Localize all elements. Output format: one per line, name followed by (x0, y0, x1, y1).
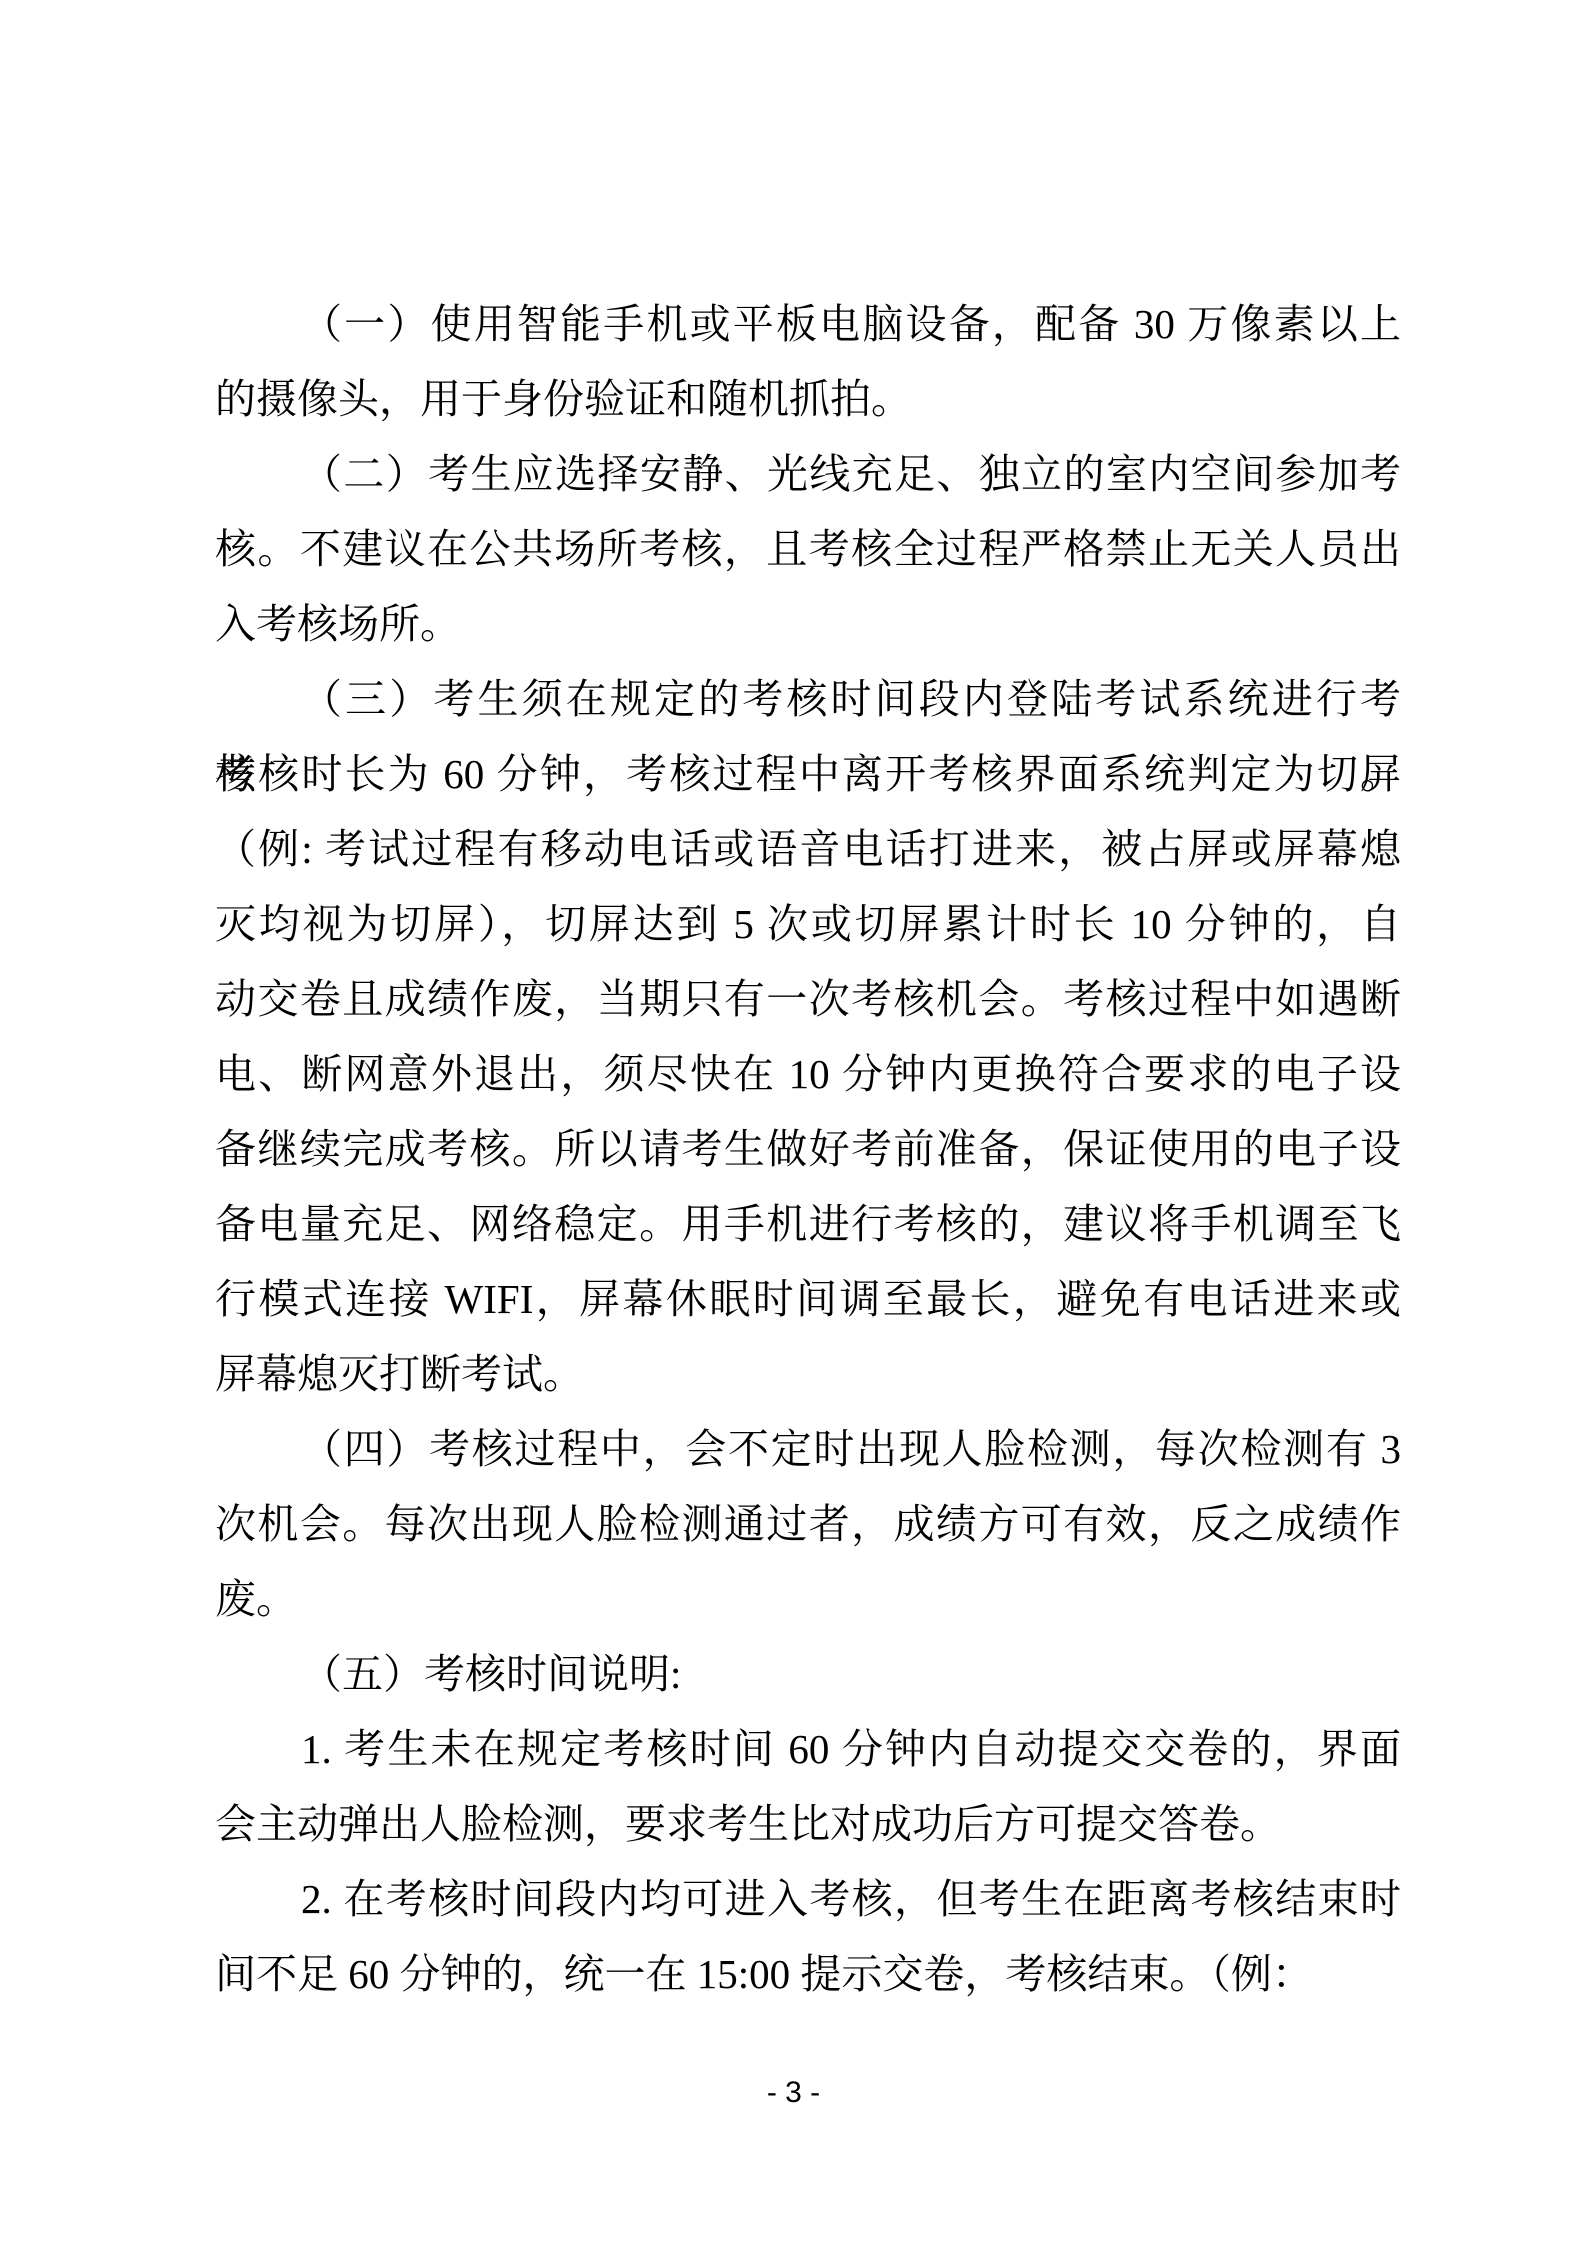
text-line: 的摄像头，用于身份验证和随机抓拍。 (215, 362, 1401, 437)
text-line: 行模式连接 WIFI，屏幕休眠时间调至最长，避免有电话进来或 (215, 1262, 1401, 1337)
text-line: （三）考生须在规定的考核时间段内登陆考试系统进行考核。 (215, 662, 1401, 737)
text-line: 核。不建议在公共场所考核，且考核全过程严格禁止无关人员出 (215, 512, 1401, 587)
text-line: 备电量充足、网络稳定。用手机进行考核的，建议将手机调至飞 (215, 1187, 1401, 1262)
text-line: 电、断网意外退出，须尽快在 10 分钟内更换符合要求的电子设 (215, 1037, 1401, 1112)
text-line: 屏幕熄灭打断考试。 (215, 1337, 1401, 1412)
text-line: 灭均视为切屏），切屏达到 5 次或切屏累计时长 10 分钟的，自 (215, 887, 1401, 962)
text-line: （五）考核时间说明: (215, 1637, 1401, 1712)
text-line: （例: 考试过程有移动电话或语音电话打进来，被占屏或屏幕熄 (215, 812, 1401, 887)
text-line: （四）考核过程中，会不定时出现人脸检测，每次检测有 3 (215, 1412, 1401, 1487)
text-line: （二）考生应选择安静、光线充足、独立的室内空间参加考 (215, 437, 1401, 512)
text-line: 备继续完成考核。所以请考生做好考前准备，保证使用的电子设 (215, 1112, 1401, 1187)
text-line: 间不足 60 分钟的，统一在 15:00 提示交卷，考核结束。（例： (215, 1937, 1401, 2012)
document-page: （一）使用智能手机或平板电脑设备，配备 30 万像素以上的摄像头，用于身份验证和… (0, 0, 1587, 2245)
text-line: 动交卷且成绩作废，当期只有一次考核机会。考核过程中如遇断 (215, 962, 1401, 1037)
text-line: 入考核场所。 (215, 587, 1401, 662)
text-line: 废。 (215, 1562, 1401, 1637)
text-line: （一）使用智能手机或平板电脑设备，配备 30 万像素以上 (215, 287, 1401, 362)
text-line: 2. 在考核时间段内均可进入考核，但考生在距离考核结束时 (215, 1862, 1401, 1937)
text-line: 1. 考生未在规定考核时间 60 分钟内自动提交交卷的，界面 (215, 1712, 1401, 1787)
page-number: - 3 - (0, 2076, 1587, 2110)
text-line: 会主动弹出人脸检测，要求考生比对成功后方可提交答卷。 (215, 1787, 1401, 1862)
text-line: 考核时长为 60 分钟，考核过程中离开考核界面系统判定为切屏 (215, 737, 1401, 812)
text-line: 次机会。每次出现人脸检测通过者，成绩方可有效，反之成绩作 (215, 1487, 1401, 1562)
document-body: （一）使用智能手机或平板电脑设备，配备 30 万像素以上的摄像头，用于身份验证和… (215, 287, 1401, 2012)
